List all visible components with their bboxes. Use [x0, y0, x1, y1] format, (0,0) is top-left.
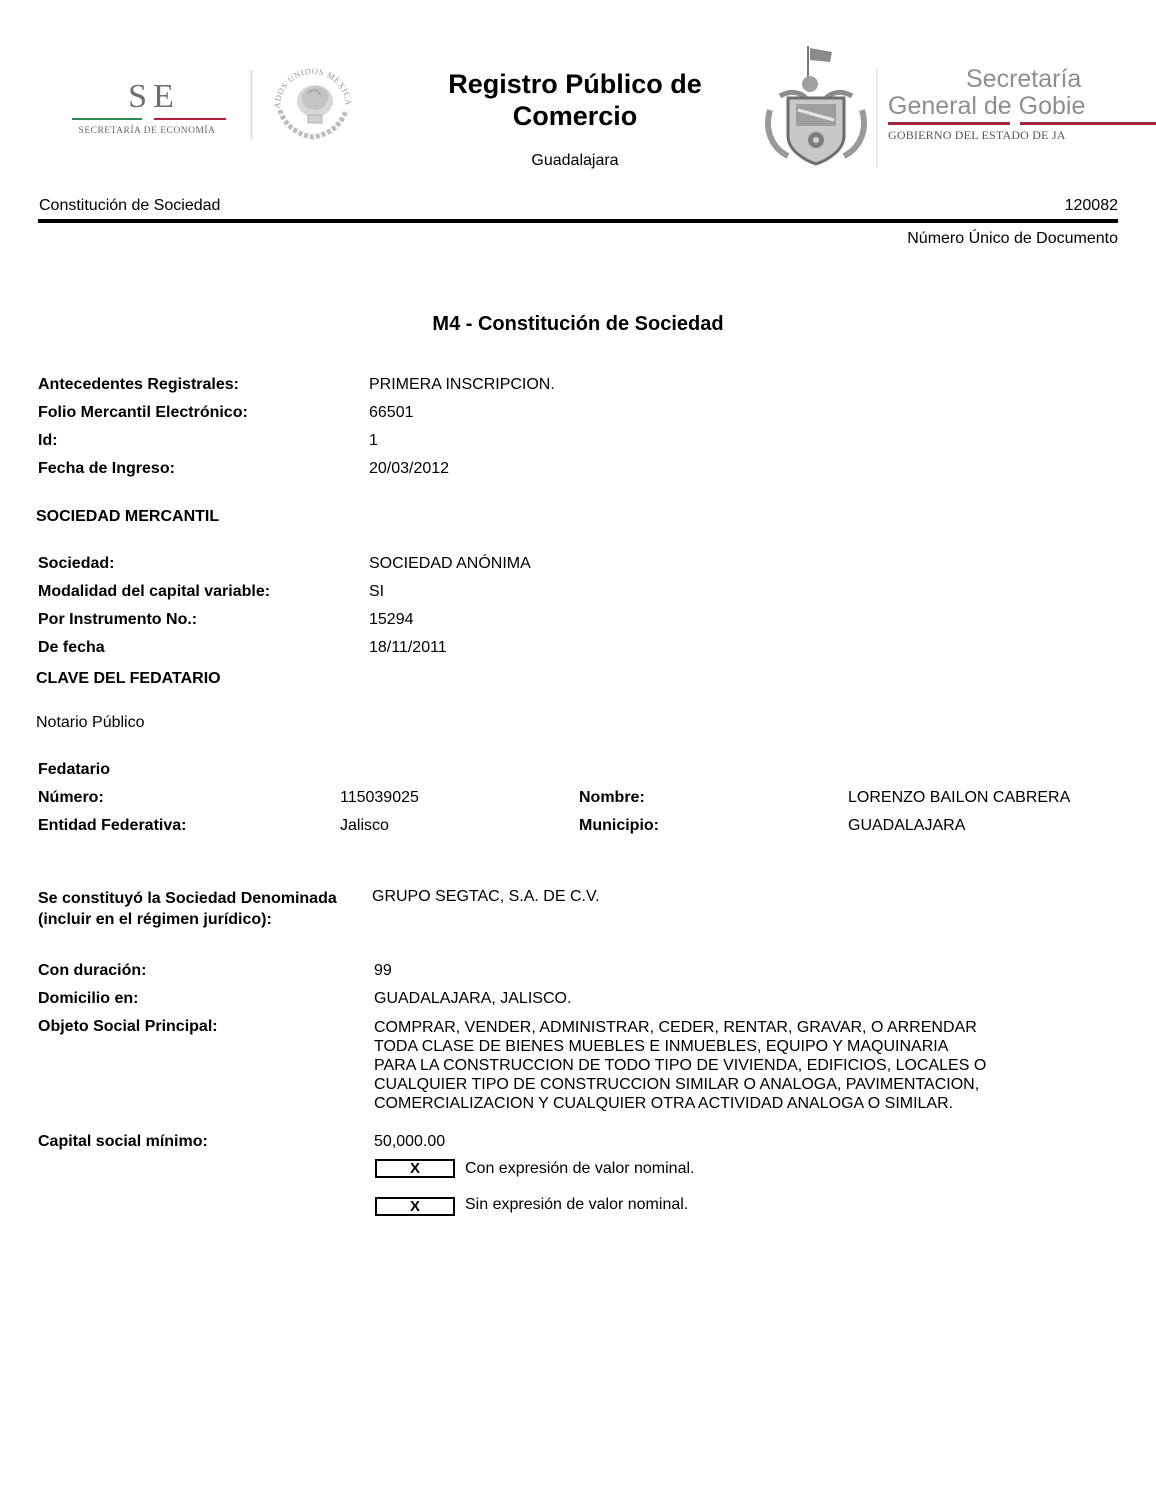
- objeto-line: COMERCIALIZACION Y CUALQUIER OTRA ACTIVI…: [374, 1094, 986, 1113]
- field-value: PRIMERA INSCRIPCION.: [369, 376, 555, 394]
- con-valor-nominal-label: Con expresión de valor nominal.: [465, 1160, 694, 1178]
- header-rule: [38, 219, 1118, 223]
- secretaria-economia-logo: SE SECRETARÍA DE ECONOMÍA: [66, 80, 236, 140]
- duracion-label: Con duración:: [38, 962, 146, 980]
- document-type: Constitución de Sociedad: [39, 197, 220, 215]
- sin-valor-nominal-label: Sin expresión de valor nominal.: [465, 1196, 688, 1214]
- se-logo-subtitle: SECRETARÍA DE ECONOMÍA: [58, 126, 236, 136]
- con-valor-nominal-checkbox: X: [375, 1159, 455, 1178]
- mexican-coat-of-arms-icon: ESTADOS UNIDOS MEXICANOS: [268, 55, 358, 147]
- field-value: SI: [369, 583, 384, 601]
- sin-valor-nominal-checkbox: X: [375, 1197, 455, 1216]
- logo-divider-right: [876, 68, 878, 168]
- objeto-line: CUALQUIER TIPO DE CONSTRUCCION SIMILAR O…: [374, 1075, 986, 1094]
- objeto-line: PARA LA CONSTRUCCION DE TODO TIPO DE VIV…: [374, 1056, 986, 1075]
- field-label: Modalidad del capital variable:: [38, 583, 270, 601]
- se-logo-letters: SE: [72, 80, 236, 114]
- registry-title-line2: Comercio: [420, 100, 730, 132]
- jalisco-coat-of-arms-icon: [760, 40, 872, 168]
- domicilio-value: GUADALAJARA, JALISCO.: [374, 990, 571, 1008]
- fedatario-municipio-label: Municipio:: [579, 817, 659, 835]
- se-logo-bars: [72, 118, 232, 121]
- field-value: 66501: [369, 404, 414, 422]
- registry-city: Guadalajara: [420, 152, 730, 170]
- field-value: 20/03/2012: [369, 460, 449, 478]
- denominacion-value: GRUPO SEGTAC, S.A. DE C.V.: [372, 888, 600, 906]
- field-label: Fecha de Ingreso:: [38, 460, 175, 478]
- logo-divider: [250, 70, 253, 140]
- field-label: Id:: [38, 432, 58, 450]
- sgg-logo-line2: General de Gobie: [888, 92, 1156, 120]
- fedatario-entidad: Jalisco: [340, 817, 389, 835]
- field-label: Sociedad:: [38, 555, 114, 573]
- section-heading-fedatario: Fedatario: [38, 761, 110, 779]
- sgg-bar-right: [1020, 122, 1156, 125]
- fedatario-nombre: LORENZO BAILON CABRERA: [848, 789, 1070, 807]
- field-label: Antecedentes Registrales:: [38, 376, 239, 394]
- fedatario-type: Notario Público: [36, 714, 145, 732]
- objeto-line: TODA CLASE DE BIENES MUEBLES E INMUEBLES…: [374, 1037, 986, 1056]
- domicilio-label: Domicilio en:: [38, 990, 138, 1008]
- se-green-bar: [72, 118, 142, 120]
- fedatario-numero: 115039025: [340, 789, 419, 807]
- sgg-bar-left: [888, 122, 1010, 125]
- field-value: 18/11/2011: [369, 639, 447, 657]
- denominacion-label: Se constituyó la Sociedad Denominada (in…: [38, 888, 356, 930]
- objeto-value: COMPRAR, VENDER, ADMINISTRAR, CEDER, REN…: [374, 1018, 986, 1113]
- sgg-logo-line1: Secretaría: [888, 66, 1156, 92]
- sgg-logo-bars: [888, 122, 1156, 125]
- field-label: Folio Mercantil Electrónico:: [38, 404, 248, 422]
- section-heading-sociedad-mercantil: SOCIEDAD MERCANTIL: [36, 508, 219, 526]
- fedatario-municipio: GUADALAJARA: [848, 817, 965, 835]
- capital-label: Capital social mínimo:: [38, 1133, 208, 1151]
- registry-title-line1: Registro Público de: [420, 68, 730, 100]
- duracion-value: 99: [374, 962, 392, 980]
- se-red-bar: [154, 118, 226, 120]
- field-value: SOCIEDAD ANÓNIMA: [369, 555, 531, 573]
- secretaria-general-gobierno-logo: Secretaría General de Gobie GOBIERNO DEL…: [888, 66, 1156, 143]
- fedatario-numero-label: Número:: [38, 789, 104, 807]
- field-label: Por Instrumento No.:: [38, 611, 197, 629]
- objeto-line: COMPRAR, VENDER, ADMINISTRAR, CEDER, REN…: [374, 1018, 986, 1037]
- registry-title-block: Registro Público de Comercio Guadalajara: [420, 68, 730, 170]
- sgg-logo-line3: GOBIERNO DEL ESTADO DE JA: [888, 128, 1156, 143]
- field-value: 1: [369, 432, 378, 450]
- field-label: De fecha: [38, 639, 105, 657]
- fedatario-entidad-label: Entidad Federativa:: [38, 817, 186, 835]
- document-number-label: Número Único de Documento: [907, 230, 1118, 248]
- section-heading-clave-fedatario: CLAVE DEL FEDATARIO: [36, 670, 221, 688]
- field-value: 15294: [369, 611, 414, 629]
- objeto-label: Objeto Social Principal:: [38, 1018, 218, 1036]
- fedatario-nombre-label: Nombre:: [579, 789, 645, 807]
- capital-value: 50,000.00: [374, 1133, 445, 1151]
- form-title: M4 - Constitución de Sociedad: [0, 313, 1156, 336]
- document-number: 120082: [1065, 197, 1118, 215]
